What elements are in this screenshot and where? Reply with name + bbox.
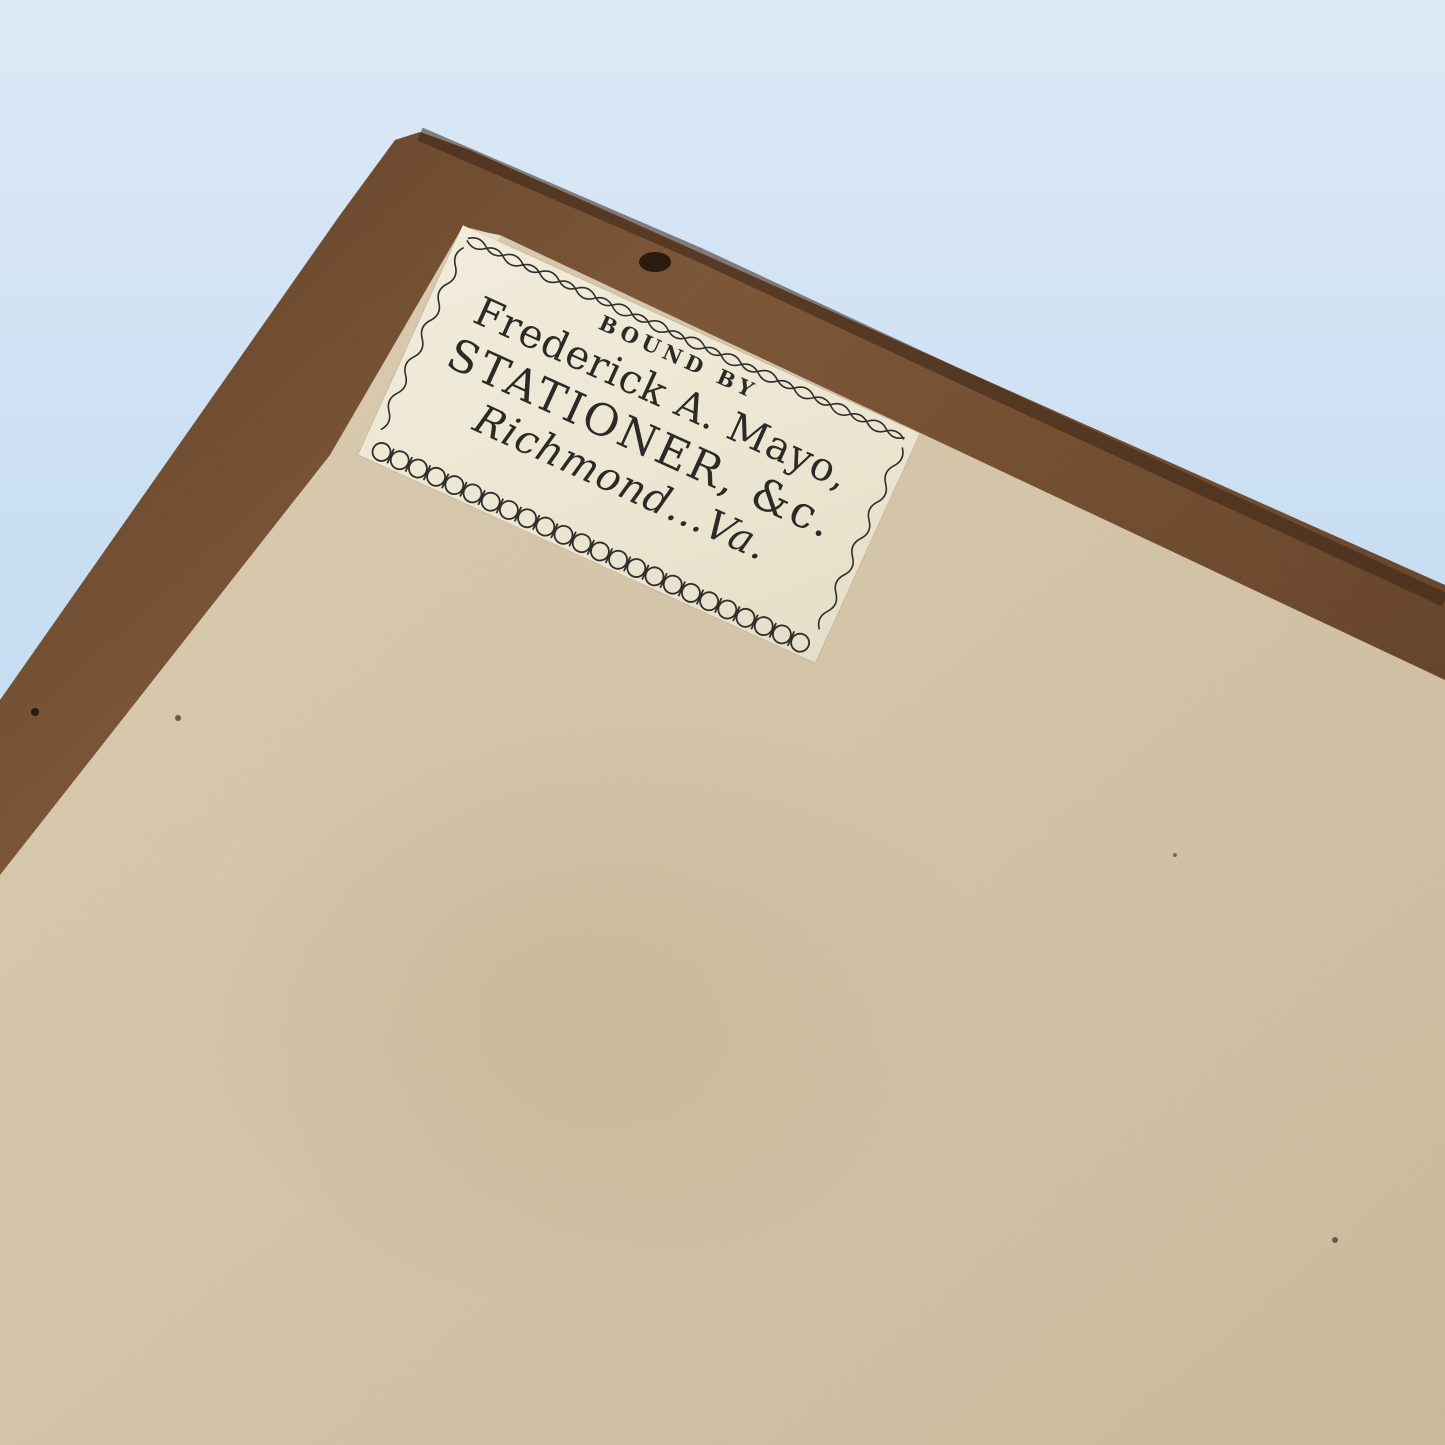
book-board bbox=[0, 0, 1445, 1445]
book-board-photo: BOUND BY Frederick A. Mayo, STATIONER, &… bbox=[0, 0, 1445, 1445]
leather-damage-spot bbox=[639, 252, 671, 272]
